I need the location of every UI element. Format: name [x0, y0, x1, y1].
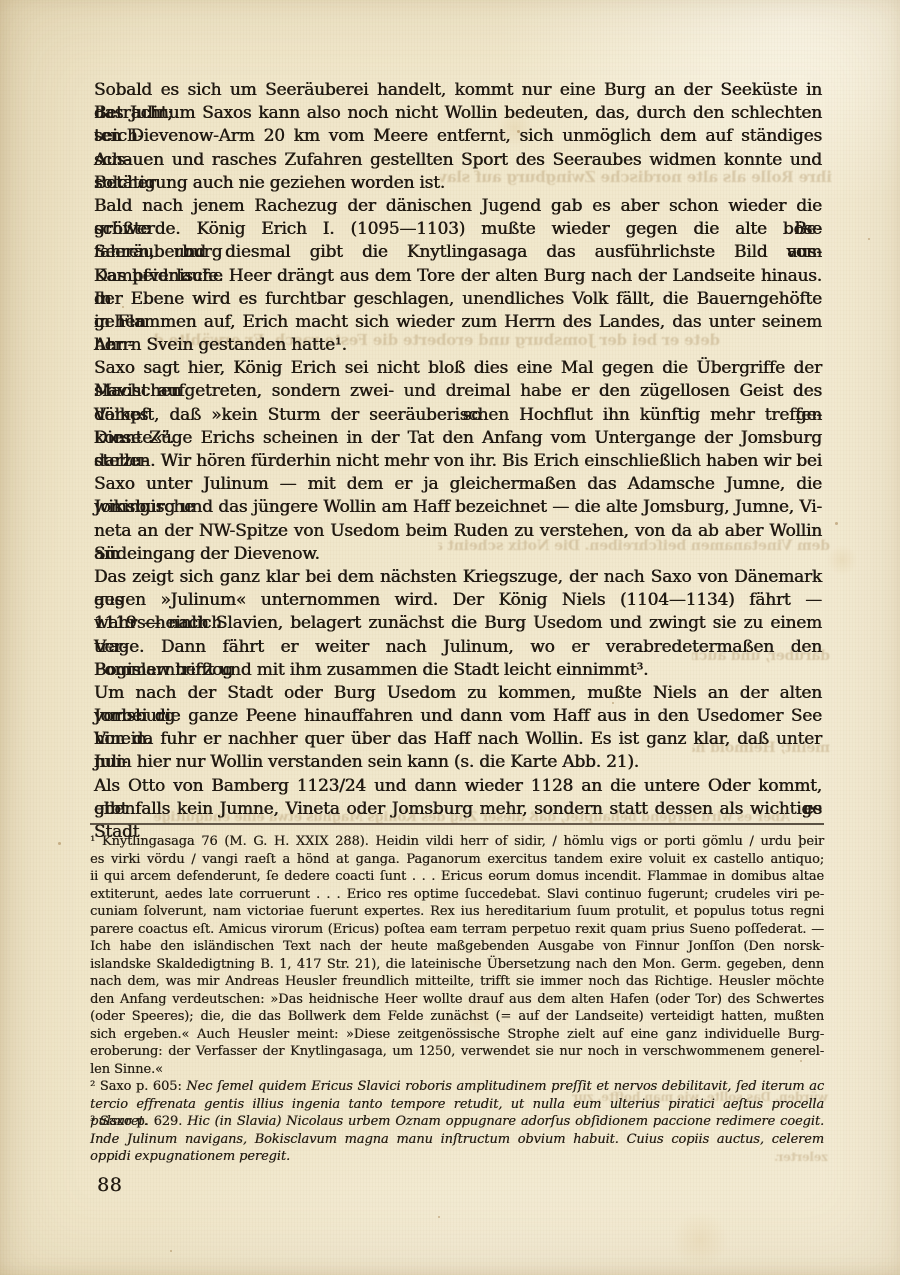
paragraph: Saxo sagt hier, König Erich sei nicht bl…	[94, 357, 822, 427]
footnote: ² Saxo p. 605: Nec ſemel quidem Ericus S…	[90, 1078, 824, 1113]
text-line: Von da fuhr er nachher quer über das Haf…	[94, 728, 822, 751]
body-text: Sobald es sich um Seeräuberei handelt, k…	[94, 79, 822, 821]
text-line: stellen. Wir hören fürderhin nicht mehr …	[94, 450, 822, 473]
paper-speck	[800, 1060, 802, 1062]
paper-speck	[702, 92, 704, 94]
text-line: extiterunt, aedes late corruerunt . . . …	[90, 886, 824, 904]
text-line: nach dem, was mir Andreas Heusler freund…	[90, 973, 824, 991]
text-line: Südeingang der Dievenow.	[94, 543, 822, 566]
text-line: tercio effrenata gentis illius ingenia t…	[90, 1096, 824, 1114]
text-line: Jomsburg und das jüngere Wollin am Haff …	[94, 496, 822, 519]
text-line: ii qui arcem defenderunt, ſe dedere coac…	[90, 868, 824, 886]
paragraph: Diese Züge Erichs scheinen in der Tat de…	[94, 427, 822, 566]
paper-speck	[868, 238, 870, 240]
text-line: ³ Saxo p. 629. Hic (in Slavia) Nicolaus …	[90, 1113, 824, 1131]
text-line: parere coactus eſt. Amicus virorum (Eric…	[90, 921, 824, 939]
paragraph: Das zeigt sich ganz klar bei dem nächste…	[94, 566, 822, 682]
page-number: 88	[97, 1174, 122, 1196]
text-line: sich ergeben.« Auch Heusler meint: »Dies…	[90, 1026, 824, 1044]
text-line: schwerde. König Erich I. (1095—1103) muß…	[94, 218, 822, 241]
text-line: dämpft, daß »kein Sturm der seeräuberisc…	[94, 404, 822, 427]
text-line: herrn Svein gestanden hatte¹.	[94, 334, 822, 357]
text-line: neta an der NW-Spitze von Usedom beim Ru…	[94, 520, 822, 543]
paper-speck	[517, 130, 520, 133]
paragraph: Um nach der Stadt oder Burg Usedom zu ko…	[94, 682, 822, 775]
text-line: cuniam ſolverunt, nam victoriae fuerunt …	[90, 903, 824, 921]
footnote: ³ Saxo p. 629. Hic (in Slavia) Nicolaus …	[90, 1113, 824, 1166]
text-line: Diese Züge Erichs scheinen in der Tat de…	[94, 427, 822, 450]
text-line: vorbei die ganze Peene hinauffahren und …	[94, 705, 822, 728]
text-line: trage. Dann fährt er weiter nach Julinum…	[94, 636, 822, 659]
text-line: Ich habe den isländischen Text nach der …	[90, 938, 824, 956]
paragraph: Bald nach jenem Rachezug der dänischen J…	[94, 195, 822, 357]
text-line: der Ebene wird es furchtbar geschlagen, …	[94, 288, 822, 311]
paper-speck	[122, 306, 124, 308]
text-line: in Flammen auf, Erich macht sich wieder …	[94, 311, 822, 334]
footnotes: ¹ Knytlingasaga 76 (M. G. H. XXIX 288). …	[90, 833, 824, 1166]
paper-speck	[58, 842, 61, 845]
book-page: ihre Rolle als alte nordische Zwingburg …	[0, 0, 900, 1275]
footnote-separator-rule	[90, 823, 824, 825]
text-line: len Sinne.«	[90, 1061, 824, 1079]
text-line: Als Otto von Bamberg 1123/24 und dann wi…	[94, 775, 822, 798]
text-line: schauen und rasches Zufahren gestellten …	[94, 149, 822, 172]
text-line: Sobald es sich um Seeräuberei handelt, k…	[94, 79, 822, 102]
paragraph: Als Otto von Bamberg 1123/24 und dann wi…	[94, 775, 822, 821]
paper-speck	[170, 1250, 172, 1252]
text-line: das Julinum Saxos kann also noch nicht W…	[94, 102, 822, 125]
text-line: Betätigung auch nie geziehen worden ist.	[94, 172, 822, 195]
text-line: es virki vördu / vangi raeſt a hönd at g…	[90, 851, 824, 869]
paper-speck	[612, 702, 614, 704]
paper-speck	[262, 1122, 265, 1125]
text-line: 1119 — nach Slavien, belagert zunächst d…	[94, 612, 822, 635]
text-line: Saxo unter Julinum — mit dem er ja gleic…	[94, 473, 822, 496]
text-line: Das heidnische Heer drängt aus dem Tore …	[94, 265, 822, 288]
text-line: ten Dievenow-Arm 20 km vom Meere entfern…	[94, 125, 822, 148]
text-line: Macht aufgetreten, sondern zwei- und dre…	[94, 380, 822, 403]
paragraph: Sobald es sich um Seeräuberei handelt, k…	[94, 79, 822, 195]
text-line: den Anfang verdeutschen: »Das heidnische…	[90, 991, 824, 1009]
text-line: num hier nur Wollin verstanden sein kann…	[94, 751, 822, 774]
text-line: Bald nach jenem Rachezug der dänischen J…	[94, 195, 822, 218]
text-line: (oder Speeres); die, die das Bollwerk de…	[90, 1008, 824, 1026]
text-line: ² Saxo p. 605: Nec ſemel quidem Ericus S…	[90, 1078, 824, 1096]
text-line: gegen »Julinum« unternommen wird. Der Kö…	[94, 589, 822, 612]
text-line: ebenfalls kein Jumne, Vineta oder Jomsbu…	[94, 798, 822, 821]
text-line: Inde Julinum navigans, Bokisclavum magna…	[90, 1131, 824, 1149]
text-line: eroberung: der Verfasser der Knytlingasa…	[90, 1043, 824, 1061]
text-line: ¹ Knytlingasaga 76 (M. G. H. XXIX 288). …	[90, 833, 824, 851]
paper-speck	[438, 1216, 440, 1218]
text-line: oppidi expugnationem peregit.	[90, 1148, 824, 1166]
text-line: Das zeigt sich ganz klar bei dem nächste…	[94, 566, 822, 589]
text-line: Saxo sagt hier, König Erich sei nicht bl…	[94, 357, 822, 380]
paper-speck	[345, 962, 347, 964]
paper-speck	[835, 522, 838, 525]
text-line: Um nach der Stadt oder Burg Usedom zu ko…	[94, 682, 822, 705]
text-line: fahren, und diesmal gibt die Knytlingasa…	[94, 241, 822, 264]
text-line: islandske Skaldedigtning B. 1, 417 Str. …	[90, 956, 824, 974]
text-line: Bogislaw trifft und mit ihm zusammen die…	[94, 659, 822, 682]
footnote: ¹ Knytlingasaga 76 (M. G. H. XXIX 288). …	[90, 833, 824, 1078]
